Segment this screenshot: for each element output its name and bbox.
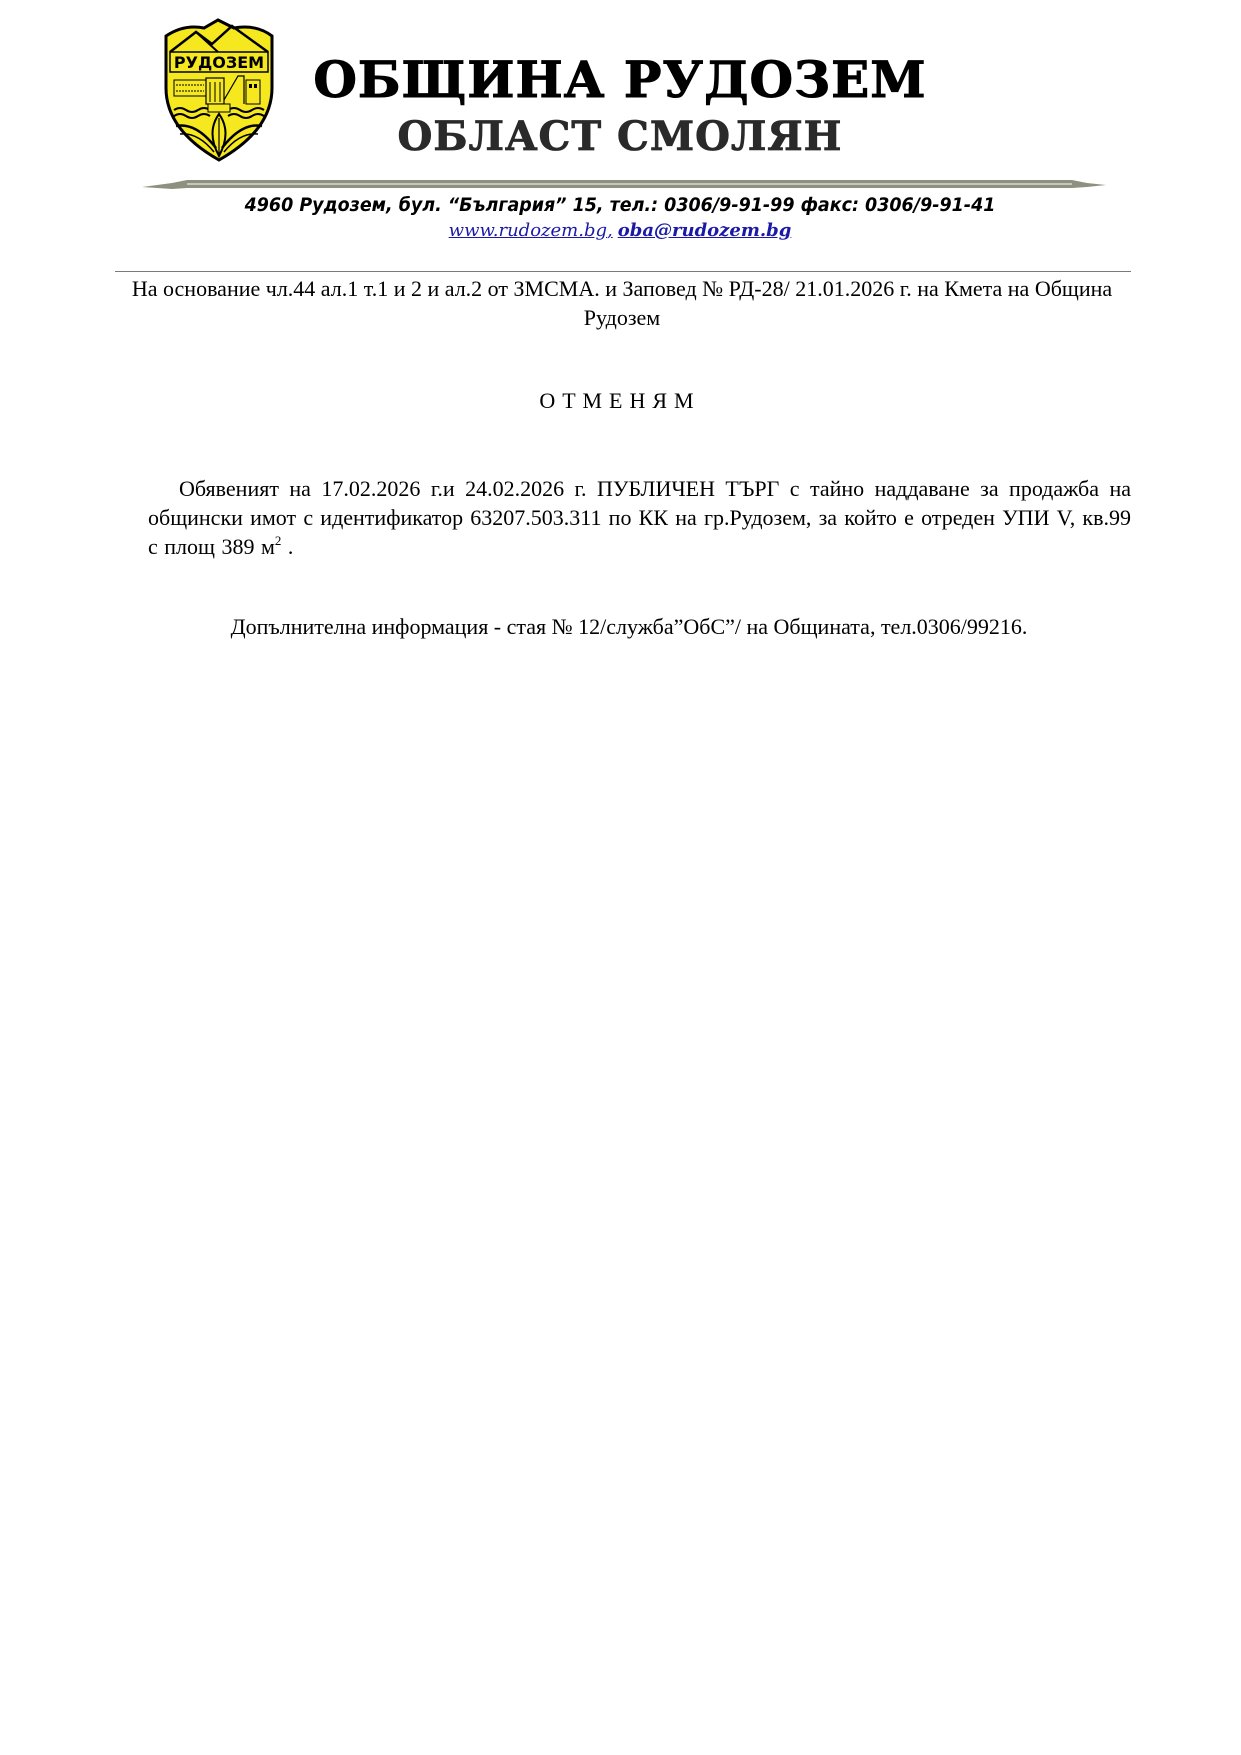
link-separator: , — [607, 219, 613, 243]
email-link[interactable]: oba@rudozem.bg — [618, 220, 792, 241]
body-divider — [115, 271, 1131, 272]
legal-basis-paragraph: На основание чл.44 ал.1 т.1 и 2 и ал.2 о… — [112, 274, 1132, 332]
decision-heading: ОТМЕНЯМ — [320, 387, 920, 415]
cancellation-paragraph: Обявеният на 17.02.2026 г.и 24.02.2026 г… — [148, 474, 1131, 561]
region-subtitle: ОБЛАСТ СМОЛЯН — [290, 112, 950, 162]
document-page: РУДОЗЕМ ОБЩИНА РУДОЗЕМ ОБЛАСТ СМОЛЯН 496… — [0, 0, 1241, 1755]
letterhead-divider — [142, 178, 1106, 190]
svg-text:РУДОЗЕМ: РУДОЗЕМ — [174, 53, 264, 72]
additional-info: Допълнителна информация - стая № 12/служ… — [130, 612, 1110, 641]
paragraph-end: . — [281, 534, 293, 559]
municipal-crest-icon: РУДОЗЕМ — [160, 18, 278, 164]
cancellation-text: Обявеният на 17.02.2026 г.и 24.02.2026 г… — [148, 476, 1131, 559]
municipality-title: ОБЩИНА РУДОЗЕМ — [290, 50, 950, 110]
website-link[interactable]: www.rudozem.bg — [449, 220, 607, 241]
contact-address: 4960 Рудозем, бул. “България” 15, тел.: … — [169, 193, 1071, 217]
contact-links: www.rudozem.bg, oba@rudozem.bg — [130, 218, 1110, 243]
